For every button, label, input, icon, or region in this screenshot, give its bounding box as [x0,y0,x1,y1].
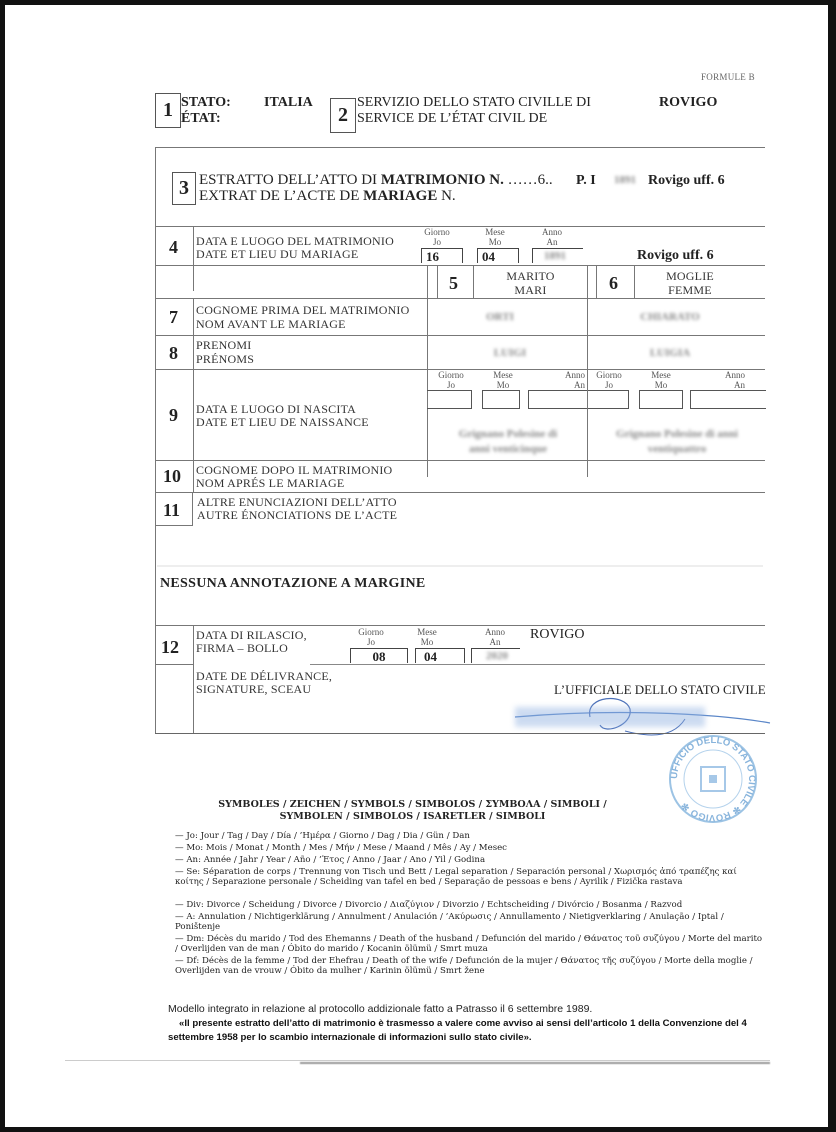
issue-year-redacted: 2020 [483,650,511,662]
field-number-9: 9 [169,405,178,426]
wife-birth-day-box [588,390,629,409]
first-names-label-fr: PRÉNOMS [196,352,254,366]
wife-birth-day-label: GiornoJo [589,370,629,390]
servizio-label-fr: SERVICE DE L’ÉTAT CIVIL DE [357,111,547,127]
extract-title-it-prefix: ESTRATTO DELL’ATTO DI [199,172,381,188]
husband-birth-month-box [482,390,520,409]
act-number: ……6.. [504,172,553,188]
field-number-7: 7 [169,307,178,328]
faint-scan-line [157,565,763,567]
symbol-dm: — Dm: Décès du marido / Tod des Ehemanns… [175,934,765,954]
symbol-div: — Div: Divorce / Scheidung / Divorce / D… [175,900,765,910]
extract-title-fr: EXTRAT DE L’ACTE DE MARIAGE N. [199,188,456,205]
extract-title-fr-bold: MARIAGE [363,188,437,204]
wife-first-name-redacted: LUIGIA [640,347,700,359]
table-left-border [155,147,156,733]
symbol-se: — Se: Séparation de corps / Trennung von… [175,867,765,887]
marriage-month: 04 [477,248,519,263]
row-divider [155,265,765,266]
husband-birth-day-box [427,390,472,409]
husband-header: MARITOMARI [474,269,587,297]
symbol-mo: — Mo: Mois / Monat / Month / Mes / Μήν /… [175,843,765,853]
symbol-df: — Df: Décès de la femme / Tod der Ehefra… [175,956,765,976]
issue-date-label-it-2: FIRMA – BOLLO [196,641,288,655]
servizio-value: ROVIGO [659,95,717,111]
page-bottom-line [65,1060,770,1061]
issue-month: 04 [415,648,465,663]
husband-first-name-redacted: LUIGI [485,347,535,359]
husband-birth-place-redacted: Grignano Polesine dianni venticinque [433,427,583,457]
field-number-3: 3 [172,172,196,205]
field-number-8: 8 [169,343,178,364]
field-number-1: 1 [155,93,181,128]
date-baseline [310,664,765,665]
col-divider [193,625,194,733]
stato-value: ITALIA [264,95,313,111]
surname-after-label-it: COGNOME DOPO IL MATRIMONIO [196,463,392,477]
margin-annotation: NESSUNA ANNOTAZIONE A MARGINE [160,576,426,592]
month-label: MeseMo [473,227,517,247]
col-divider-spouses [427,265,428,477]
formule-label: FORMULE B [701,72,755,82]
issue-month-value: 04 [424,649,437,664]
other-statements-label-fr: AUTRE ÉNONCIATIONS DE L’ACTE [197,508,397,522]
wife-header: MOGLIEFEMME [635,269,745,297]
wife-surname-redacted: CHIARATO [630,311,710,323]
issue-day: 08 [350,648,408,663]
marriage-date-label-it: DATA E LUOGO DEL MATRIMONIO [196,234,394,248]
wife-birth-year-box [690,390,766,409]
year-label: AnnoAn [530,227,574,247]
model-note: Modello integrato in relazione al protoc… [168,1003,592,1015]
part-year-redacted: 1891 [613,174,637,186]
issue-date-label-fr-1: DATE DE DÉLIVRANCE, [196,669,332,683]
husband-surname-redacted: ORTI [475,311,525,323]
field-number-5: 5 [449,273,458,294]
field-number-11: 11 [163,500,180,521]
scan-footer-text [300,1062,770,1064]
row-divider [155,226,765,227]
row-divider [155,298,765,299]
col-divider [193,298,194,493]
symbol-an: — An: Année / Jahr / Year / Año / ’Έτος … [175,855,765,865]
official-stamp: UFFICIO DELLO STATO CIVILE ✻ ROVIGO ✻ [667,733,759,825]
extract-office: Rovigo uff. 6 [648,173,725,189]
row-divider [155,625,765,626]
issue-day-label: GiornoJo [349,627,393,647]
symbol-jo: — Jo: Jour / Tag / Day / Día / ’Ημέρα / … [175,831,765,841]
row-divider [155,492,765,493]
table-top-border [155,147,765,148]
first-names-label-it: PRENOMI [196,338,251,352]
marriage-date-label-fr: DATE ET LIEU DU MARIAGE [196,247,358,261]
birth-label-it: DATA E LUOGO DI NASCITA [196,402,356,416]
extract-title-fr-suffix: N. [437,188,455,204]
extract-title-fr-prefix: EXTRAT DE L’ACTE DE [199,188,363,204]
stato-label-fr: ÉTAT: [181,111,221,127]
field-number-12: 12 [161,637,179,658]
symbol-a: — A: Annulation / Nichtigerklärung / Ann… [175,912,765,932]
col-divider-spouses-mid [587,265,588,477]
day-label: GiornoJo [415,227,459,247]
marriage-month-value: 04 [482,249,495,264]
field-number-4: 4 [169,237,178,258]
row-divider [155,664,193,665]
other-statements-label-it: ALTRE ENUNCIAZIONI DELL’ATTO [197,495,397,509]
surname-before-label-fr: NOM AVANT LE MARIAGE [196,317,346,331]
wife-birth-place-redacted: Grignano Polesine di anniventiquattro [593,427,761,457]
field-number-2: 2 [330,98,356,133]
col-divider [193,226,194,291]
husband-birth-year-box [528,390,587,409]
col-divider [437,265,438,298]
marriage-year-redacted: 1891 [540,250,570,262]
issue-date-label-it-1: DATA DI RILASCIO, [196,628,307,642]
stato-label-it: STATO: [181,95,231,111]
symbols-title: SYMBOLES / ZEICHEN / SYMBOLS / SIMBOLOS … [155,799,670,823]
convention-note: «Il presente estratto dell’atto di matri… [168,1017,768,1045]
part-label: P. I [576,173,596,189]
issue-date-label-fr-2: SIGNATURE, SCEAU [196,682,311,696]
birth-label-fr: DATE ET LIEU DE NAISSANCE [196,415,369,429]
issue-month-label: MeseMo [405,627,449,647]
row-divider [155,335,765,336]
servizio-label-it: SERVIZIO DELLO STATO CIVILLE DI [357,95,591,111]
issue-year-label: AnnoAn [473,627,517,647]
field-number-10: 10 [163,466,181,487]
marriage-day: 16 [421,248,463,263]
surname-before-label-it: COGNOME PRIMA DEL MATRIMONIO [196,303,410,317]
husband-birth-month-label: MeseMo [483,370,523,390]
document-page: FORMULE B 1 STATO: ÉTAT: ITALIA 2 SERVIZ… [5,5,828,1127]
wife-birth-month-label: MeseMo [641,370,681,390]
wife-birth-year-label: AnnoAn [705,370,745,390]
surname-after-label-fr: NOM APRÉS LE MARIAGE [196,476,344,490]
extract-title-it: ESTRATTO DELL’ATTO DI MATRIMONIO N. ……6.… [199,172,553,189]
marriage-day-value: 16 [426,249,439,264]
husband-birth-year-label: AnnoAn [545,370,585,390]
issue-place: ROVIGO [530,627,584,643]
issue-day-value: 08 [373,649,386,664]
husband-birth-day-label: GiornoJo [431,370,471,390]
extract-title-it-bold: MATRIMONIO N. [381,172,504,188]
col-divider [596,265,597,298]
marriage-place: Rovigo uff. 6 [637,248,714,264]
row-divider [155,460,765,461]
wife-birth-month-box [639,390,683,409]
field-number-6: 6 [609,273,618,294]
